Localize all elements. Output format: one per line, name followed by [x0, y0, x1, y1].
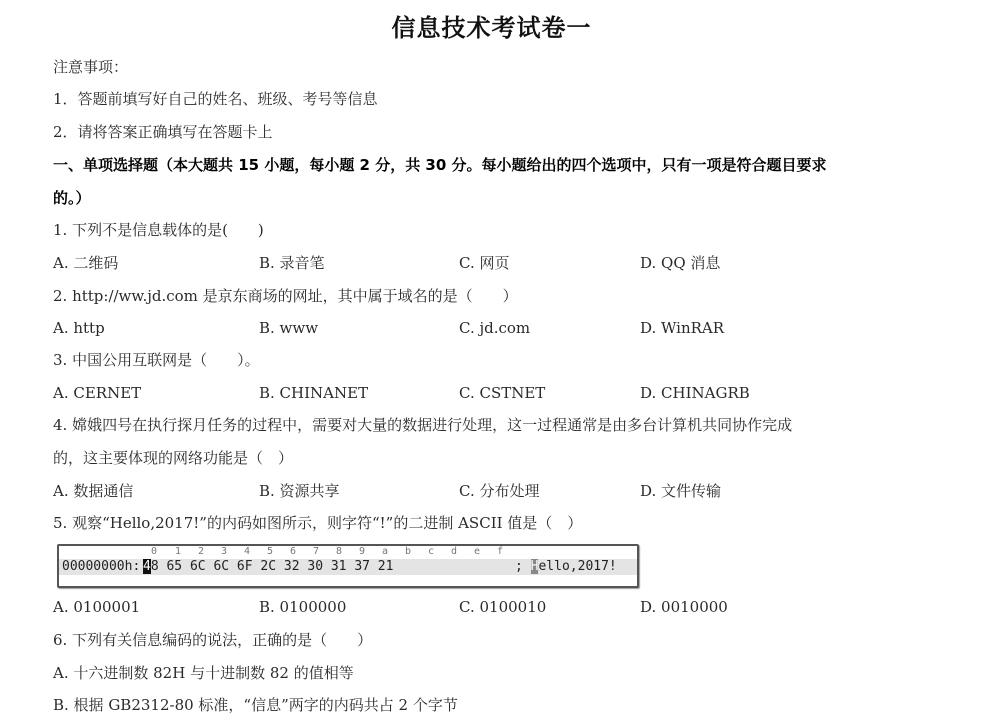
question-1-option-b: B. 录音笔 [259, 253, 325, 273]
question-4-stem-cont: 的，这主要体现的网络功能是（ ） [53, 448, 293, 468]
hex-col: 9 [359, 546, 365, 557]
question-5-stem: 5. 观察“Hello,2017!”的内码如图所示，则字符“!”的二进制 ASC… [53, 513, 582, 533]
hex-ascii: ; Hello,2017! [515, 559, 617, 575]
hex-bytes: 48 65 6C 6C 6F 2C 32 30 31 37 21 [143, 559, 393, 575]
question-3-option-c: C. CSTNET [459, 383, 545, 403]
question-3-option-a: A. CERNET [53, 383, 141, 403]
question-6-stem: 6. 下列有关信息编码的说法，正确的是（ ） [53, 630, 372, 650]
hex-col: 1 [175, 546, 181, 557]
question-2-option-b: B. www [259, 318, 318, 338]
hex-column-header: 0 1 2 3 4 5 6 7 8 9 a b c d e f [59, 546, 637, 559]
question-6-option-a: A. 十六进制数 82H 与十进制数 82 的值相等 [53, 663, 354, 683]
question-2-option-a: A. http [53, 318, 105, 338]
question-1-option-a: A. 二维码 [53, 253, 118, 273]
hex-col: a [382, 546, 388, 557]
hex-col: d [451, 546, 457, 557]
section-heading: 一、单项选择题（本大题共 15 小题，每小题 2 分，共 30 分。每小题给出的… [53, 155, 827, 175]
question-3-option-b: B. CHINANET [259, 383, 368, 403]
question-4-option-b: B. 资源共享 [259, 481, 340, 501]
question-2-option-c: C. jd.com [459, 318, 530, 338]
question-4-option-c: C. 分布处理 [459, 481, 539, 501]
hex-col: 4 [244, 546, 250, 557]
hex-address: 00000000h: [62, 559, 140, 575]
question-2-option-d: D. WinRAR [640, 318, 724, 338]
section-heading-cont: 的。） [53, 188, 91, 208]
hex-ascii-sep: ; [515, 559, 523, 574]
question-1-option-c: C. 网页 [459, 253, 509, 273]
question-5-option-d: D. 0010000 [640, 597, 728, 617]
hex-col: b [405, 546, 411, 557]
question-3-option-d: D. CHINAGRB [640, 383, 750, 403]
notice-item-2: 2．请将答案正确填写在答题卡上 [53, 122, 273, 142]
hex-col: c [428, 546, 434, 557]
notice-heading: 注意事项： [53, 57, 128, 77]
hex-col: f [497, 546, 503, 557]
page-title: 信息技术考试卷一 [0, 8, 983, 43]
hex-col: 2 [198, 546, 204, 557]
notice-item-1: 1．答题前填写好自己的姓名、班级、考号等信息 [53, 89, 378, 109]
question-4-option-a: A. 数据通信 [53, 481, 133, 501]
question-5-option-a: A. 0100001 [53, 597, 140, 617]
question-5-option-b: B. 0100000 [259, 597, 346, 617]
question-4-stem: 4. 嫦娥四号在执行探月任务的过程中，需要对大量的数据进行处理，这一过程通常是由… [53, 415, 792, 435]
hex-cursor: 4 [143, 559, 151, 574]
hex-col: 3 [221, 546, 227, 557]
question-1-stem: 1. 下列不是信息载体的是( ) [53, 220, 264, 240]
hex-editor-figure: 0 1 2 3 4 5 6 7 8 9 a b c d e f 00000000… [57, 544, 639, 588]
question-1-option-d: D. QQ 消息 [640, 253, 720, 273]
hex-col: 5 [267, 546, 273, 557]
hex-bytes-rest: 8 65 6C 6C 6F 2C 32 30 31 37 21 [151, 559, 394, 574]
hex-col: 7 [313, 546, 319, 557]
hex-col: 8 [336, 546, 342, 557]
hex-col: 6 [290, 546, 296, 557]
hex-col: e [474, 546, 480, 557]
question-4-option-d: D. 文件传输 [640, 481, 721, 501]
question-2-stem: 2. http://ww.jd.com 是京东商场的网址，其中属于域名的是（ ） [53, 286, 518, 306]
question-3-stem: 3. 中国公用互联网是（ ）。 [53, 350, 260, 370]
question-6-option-b: B. 根据 GB2312-80 标准，“信息”两字的内码共占 2 个字节 [53, 695, 458, 715]
question-5-option-c: C. 0100010 [459, 597, 546, 617]
hex-ascii-rest: ello,2017! [538, 559, 616, 574]
hex-col: 0 [151, 546, 157, 557]
hex-data-row: 00000000h: 48 65 6C 6C 6F 2C 32 30 31 37… [59, 559, 637, 575]
